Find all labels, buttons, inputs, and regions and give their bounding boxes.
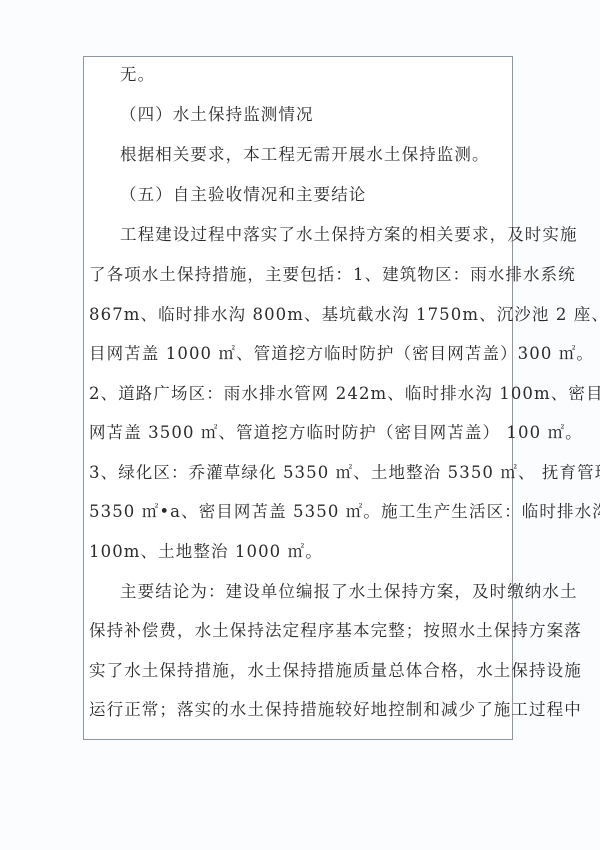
text-line: 867m、临时排水沟 800m、基坑截水沟 1750m、沉沙池 2 座、密 (89, 305, 600, 325)
text-line: 5350 ㎡•a、密目网苫盖 5350 ㎡。施工生产生活区：临时排水沟 (89, 502, 600, 522)
section-heading-monitoring: （四）水土保持监测情况 (120, 105, 314, 125)
text-line: 运行正常；落实的水土保持措施较好地控制和减少了施工过程中 (89, 700, 582, 720)
text-line: 无。 (120, 65, 155, 85)
text-line: 了各项水土保持措施，主要包括：1、建筑物区：雨水排水系统 (89, 265, 576, 285)
text-line: 工程建设过程中落实了水土保持方案的相关要求，及时实施 (120, 225, 578, 245)
text-line: 100m、土地整治 1000 ㎡。 (89, 542, 323, 562)
text-line: 保持补偿费，水土保持法定程序基本完整；按照水土保持方案落 (89, 621, 582, 641)
text-line: 实了水土保持措施，水土保持措施质量总体合格，水土保持设施 (89, 661, 582, 681)
text-line: 主要结论为：建设单位编报了水土保持方案，及时缴纳水土 (120, 582, 578, 602)
section-heading-acceptance: （五）自主验收情况和主要结论 (120, 185, 366, 205)
text-line: 3、绿化区：乔灌草绿化 5350 ㎡、土地整治 5350 ㎡、 抚育管理 (89, 463, 600, 483)
text-line: 根据相关要求，本工程无需开展水土保持监测。 (120, 145, 490, 165)
text-line: 网苫盖 3500 ㎡、管道挖方临时防护（密目网苫盖） 100 ㎡。 (89, 423, 583, 443)
document-frame: 无。 （四）水土保持监测情况 根据相关要求，本工程无需开展水土保持监测。 （五）… (83, 56, 513, 740)
text-line: 目网苫盖 1000 ㎡、管道挖方临时防护（密目网苫盖）300 ㎡。 (89, 344, 594, 364)
text-line: 2、道路广场区：雨水排水管网 242m、临时排水沟 100m、密目 (89, 384, 600, 404)
